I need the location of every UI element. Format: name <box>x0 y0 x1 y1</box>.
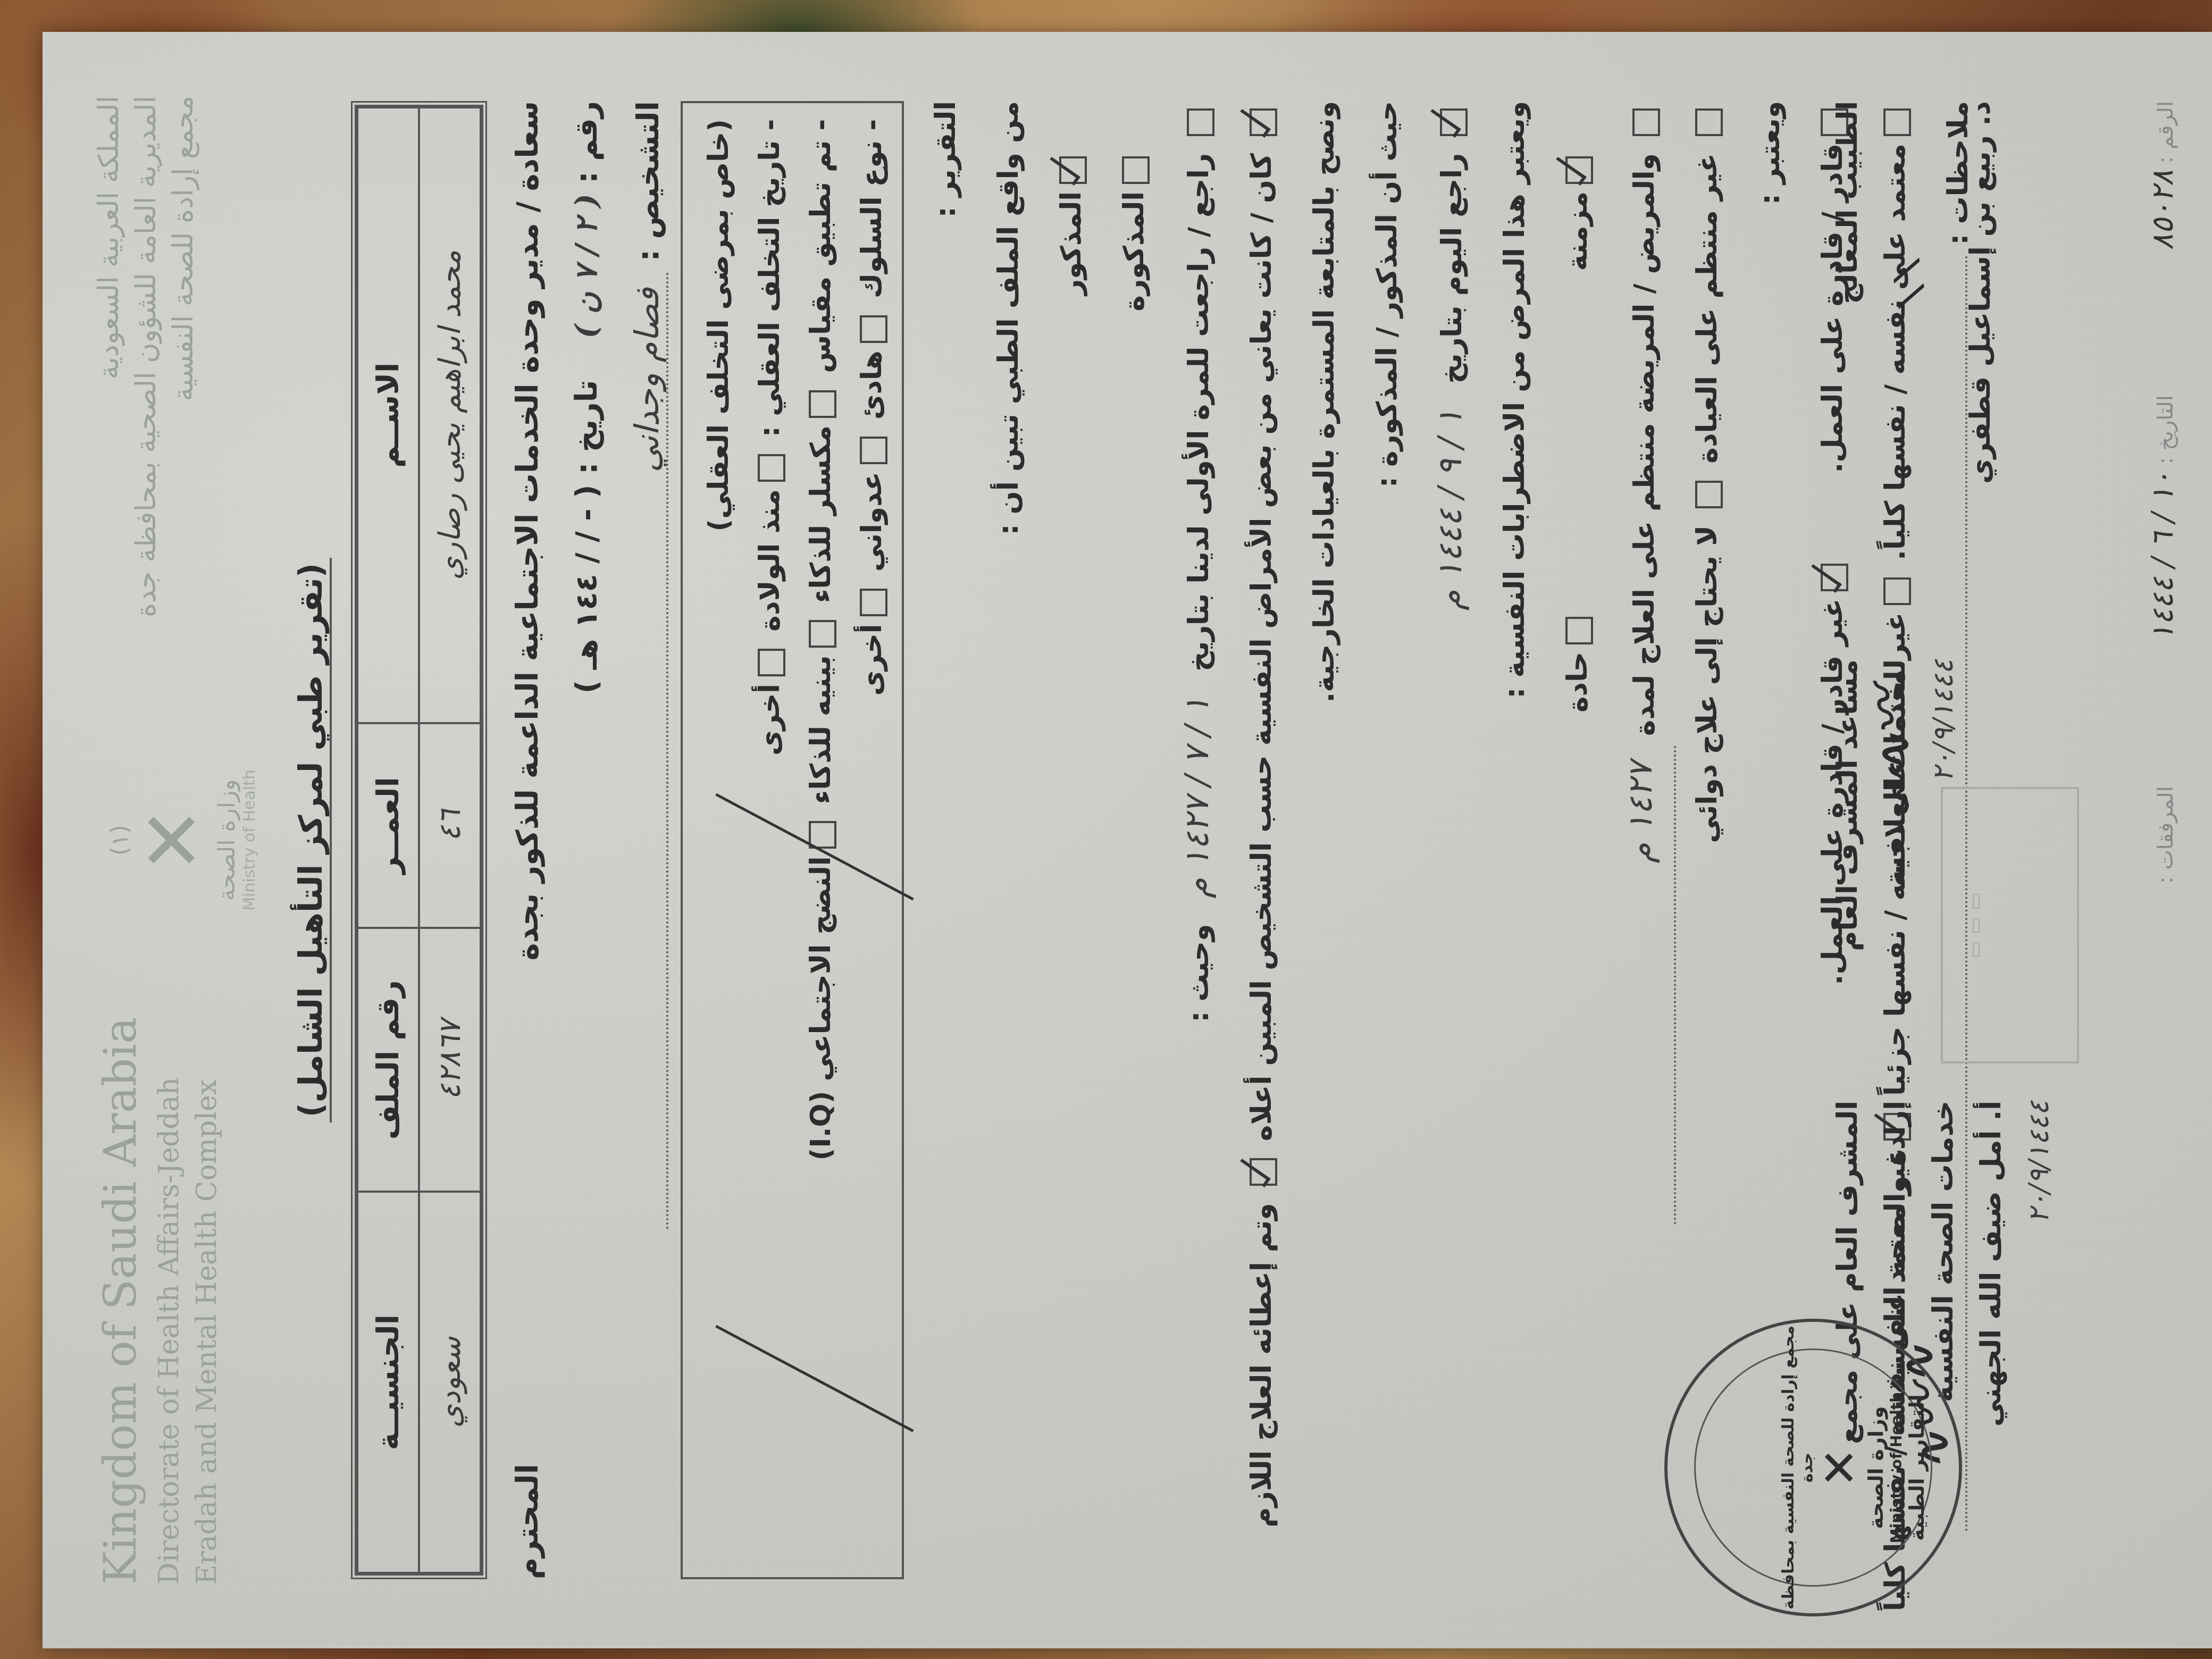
followup-row: ونصح بالمتابعة المستمرة بالعيادات الخارج… <box>1293 101 1356 1579</box>
patient-info-table: الاســم العمــر رقم الملف الجنسيــة محمد… <box>351 101 487 1579</box>
col-nationality: الجنسيــة <box>357 1192 419 1573</box>
checkbox[interactable] <box>1122 156 1150 184</box>
respect-label: المحترم <box>510 1464 545 1579</box>
report-label: التقرير : <box>915 101 977 1579</box>
official-stamp: مجمع إرادة للصحة النفسية بمحافظة جدة ✕ و… <box>1664 1319 1962 1616</box>
checkbox[interactable] <box>1187 108 1214 136</box>
checkbox[interactable] <box>1695 481 1723 508</box>
header-english: Kingdom of Saudi Arabia Directorate of H… <box>90 1017 225 1585</box>
footer-date: التاريخ : ١٠ / ٦ / ١٤٤٤ <box>2146 395 2180 641</box>
gender-option-male: المذكور <box>1040 101 1103 1579</box>
since-row: حيث أن المذكور / المذكورة : <box>1356 101 1419 1579</box>
header-line: Kingdom of Saudi Arabia <box>90 1017 150 1585</box>
first-visit-date: ١ / ٧ / ١٤٢٧ م <box>1177 697 1216 899</box>
checkbox[interactable] <box>1565 156 1593 184</box>
patient-file-no: ٤٢٨٦٧ <box>419 928 481 1192</box>
treatment-duration: ١٤٢٧ م <box>1621 761 1660 863</box>
last-visit-date: ١ / ٩ / ١٤٤٤ م <box>1430 409 1469 611</box>
stamp-inner: التقارير الطبية <box>1905 1322 1929 1613</box>
illness-row: كان / كانت يعاني من بعض الأمراض النفسية … <box>1230 101 1293 1579</box>
checkbox[interactable] <box>1440 108 1468 136</box>
medical-report-paper: المملكة العربية السعودية المديرية العامة… <box>43 32 2212 1648</box>
report-title: (تقرير طبي لمركز التأهيل الشامل) <box>292 32 330 1648</box>
checkbox[interactable] <box>1883 577 1911 605</box>
checkbox[interactable] <box>758 454 785 482</box>
chronic-options: مزمنة حادة <box>1546 101 1609 1579</box>
patient-nationality: سعودي <box>419 1192 481 1573</box>
checkbox[interactable] <box>758 649 785 676</box>
box-title: (خاص بمرضى التخلف العقلي) <box>693 119 744 1561</box>
header-line: Directorate of Health Affairs-Jeddah <box>150 1017 188 1585</box>
checkbox[interactable] <box>1250 108 1277 136</box>
sign-date: ٢٠/٩/١٤٤٤ <box>2015 1101 2063 1579</box>
checkbox[interactable] <box>1565 617 1593 644</box>
checkbox[interactable] <box>1632 108 1660 136</box>
last-visit-row: راجع اليوم بتاريخ ١ / ٩ / ١٤٤٤ م <box>1419 101 1484 1579</box>
header-line: Eradah and Mental Health Complex <box>188 1017 225 1585</box>
mr-behavior-row: - نوع السلوك هادئ عدواني أخرى <box>847 119 898 1561</box>
footer: الرقم : ٨٥٠٢٨ التاريخ : ١٠ / ٦ / ١٤٤٤ ال… <box>2146 101 2180 1579</box>
col-name: الاســم <box>357 107 419 723</box>
moh-emblem-icon: ✕ <box>133 766 213 915</box>
col-age: العمــر <box>357 723 419 928</box>
stamp-center-en: Ministry of Health <box>1888 1322 1905 1613</box>
col-file-no: رقم الملف <box>357 928 419 1192</box>
checkbox[interactable] <box>1250 1158 1277 1186</box>
chronic-intro: ويعتبر هذا المرض من الاضطرابات النفسية : <box>1484 101 1546 1579</box>
checkbox[interactable] <box>809 390 836 418</box>
moh-emblem-icon: ✕ <box>1816 1322 1864 1613</box>
header-arabic: المملكة العربية السعودية المديرية العامة… <box>90 96 203 617</box>
report-intro: من واقع الملف الطبي تبين أن : <box>977 101 1040 1579</box>
logo-caption-en: Ministry of Health <box>240 766 259 915</box>
diagnosis-value: فصام وجداني <box>627 288 666 472</box>
checkbox[interactable] <box>1059 156 1087 184</box>
reference-line: رقم : ( ٢ / ٧ ن ) تاريخ : ( - / / ١٤٤ هـ… <box>569 101 604 1579</box>
signer-name: د. ربيع بن إسماعيل قطفري <box>1957 101 2005 580</box>
diagnosis-line: التشخيص : فصام وجداني <box>627 101 668 1579</box>
first-visit-row: راجع / راجعت للمرة الأولى لدينا بتاريخ ١… <box>1166 101 1230 1579</box>
checkbox[interactable] <box>860 437 887 464</box>
mental-retardation-box: (خاص بمرضى التخلف العقلي) - تاريخ التخلف… <box>681 101 904 1579</box>
gender-option-female: المذكورة <box>1103 101 1166 1579</box>
regular-treatment-row: والمريض / المريضة منتظم على العلاج لمدة … <box>1609 101 1676 1579</box>
signer-title: الطبيب المعالج <box>1824 101 1872 580</box>
reference-number: ( ٢ / ٧ ن ) <box>569 194 604 338</box>
checkbox[interactable] <box>809 620 836 648</box>
reference-date: ( - / / ١٤٤ هـ ) <box>569 485 604 694</box>
checkbox[interactable] <box>1695 108 1723 136</box>
header-line: المملكة العربية السعودية <box>90 96 128 617</box>
addressee-line: سعادة / مدير وحدة الخدمات الاجتماعية الد… <box>510 101 545 1579</box>
signer-name: أ. أمل ضيف الله الجهني <box>1967 1101 2015 1579</box>
patient-name: محمد ابراهيم يحيى رصاري <box>419 107 481 723</box>
header-line: مجمع إرادة للصحة النفسية <box>165 96 202 617</box>
handwritten-signature: ⟋⟋ <box>1883 257 1937 316</box>
header-line: المديرية العامة للشؤون الصحية بمحافظة جد… <box>128 96 165 617</box>
treating-physician-block: الطبيب المعالج د. ربيع بن إسماعيل قطفري <box>1824 101 2005 580</box>
patient-age: ٤٦ <box>419 723 481 928</box>
footer-number: الرقم : ٨٥٠٢٨ <box>2146 101 2180 250</box>
checkbox[interactable] <box>860 315 887 343</box>
footer-attachments: المرفقات : <box>2154 786 2178 884</box>
faded-rect-stamp: ▭ ▭ ▭ <box>1941 787 2079 1063</box>
stamp-center-ar: وزارة الصحة <box>1864 1322 1888 1613</box>
ministry-logo: (١) ✕ وزارة الصحة Ministry of Health <box>106 766 259 915</box>
logo-caption-ar: وزارة الصحة <box>213 766 240 915</box>
stamp-ring-text: مجمع إرادة للصحة النفسية بمحافظة جدة <box>1779 1322 1816 1613</box>
checkbox[interactable] <box>860 589 887 616</box>
